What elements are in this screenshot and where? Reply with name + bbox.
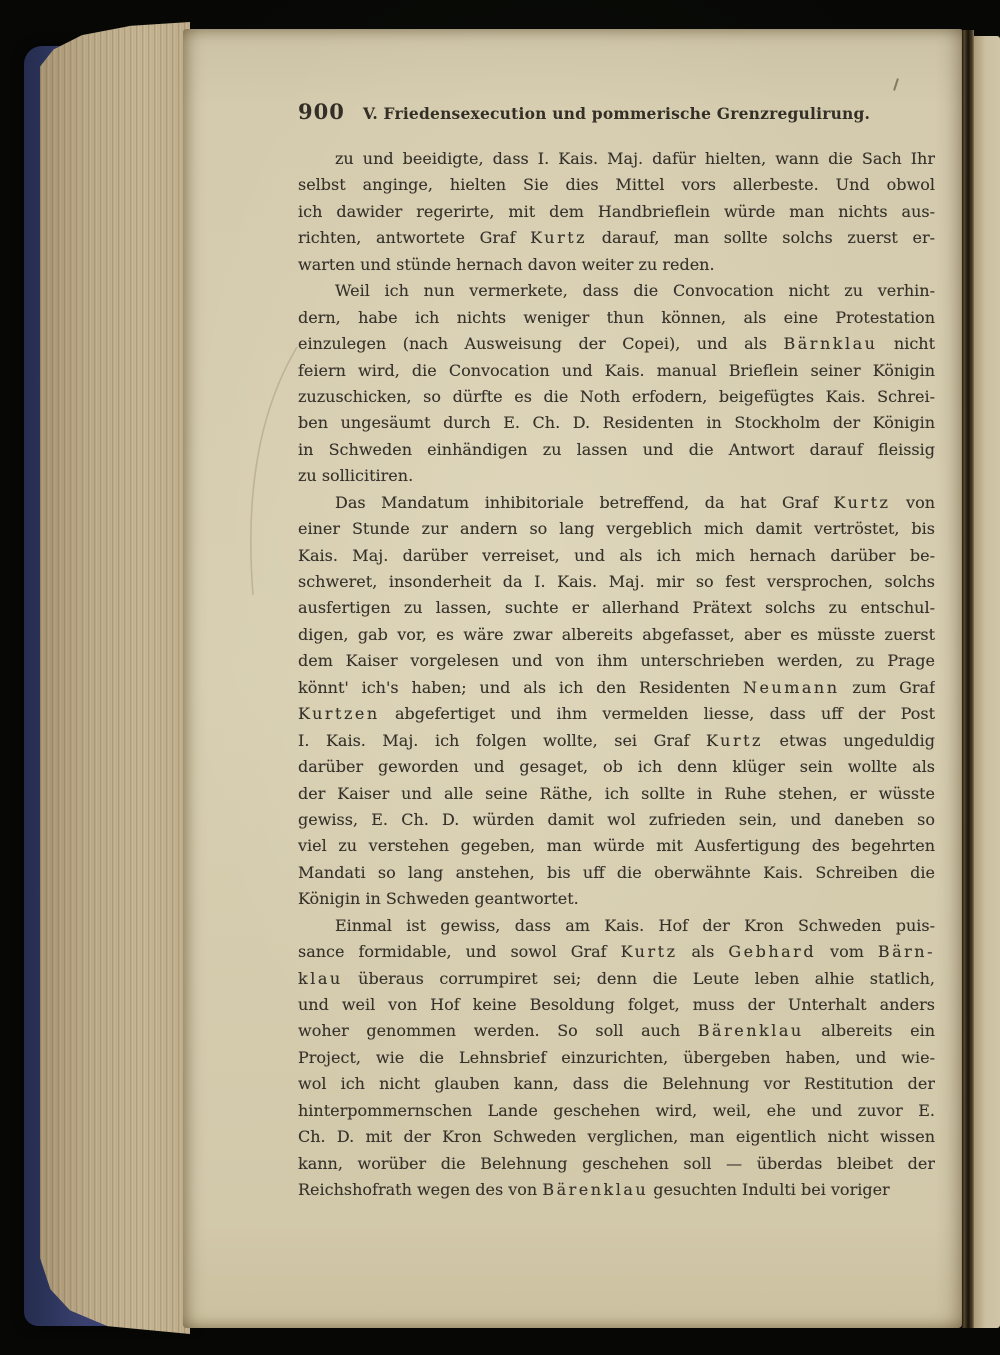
next-page-edge	[974, 36, 1000, 1328]
text-line: könnt' ich's haben; und als ich den Resi…	[298, 675, 935, 701]
text-line: feiern wird, die Convocation und Kais. m…	[298, 358, 935, 384]
spaced-name: Kurtz	[621, 942, 678, 961]
text-line: der Kaiser und alle seine Räthe, ich sol…	[298, 781, 935, 807]
text-line: gewiss, E. Ch. D. würden damit wol zufri…	[298, 807, 935, 833]
spaced-name: Kurtz	[706, 731, 763, 750]
spaced-name: Bärenklau	[698, 1021, 804, 1040]
text-line: viel zu verstehen gegeben, man würde mit…	[298, 833, 935, 859]
text-line: ich dawider regerirte, mit dem Handbrief…	[298, 199, 935, 225]
text-line: in Schweden einhändigen zu lassen und di…	[298, 437, 935, 463]
text-line: richten, antwortete Graf Kurtz darauf, m…	[298, 225, 935, 251]
text-line: ausfertigen zu lassen, suchte er allerha…	[298, 595, 935, 621]
stray-ink-mark	[893, 78, 899, 91]
running-title: V. Friedensexecution und pommerische Gre…	[298, 98, 935, 123]
text-line: zuzuschicken, so dürfte es die Noth erfo…	[298, 384, 935, 410]
text-block: zu und beeidigte, dass I. Kais. Maj. daf…	[298, 146, 935, 1204]
text-line: Kurtzen abgefertiget und ihm vermelden l…	[298, 701, 935, 727]
text-line: kann, worüber die Belehnung geschehen so…	[298, 1151, 935, 1177]
pencil-smudge	[241, 345, 303, 597]
text-line: einer Stunde zur andern so lang vergebli…	[298, 516, 935, 542]
text-line: klau überaus corrumpiret sei; denn die L…	[298, 966, 935, 992]
book-photo: 900 V. Friedensexecution und pommerische…	[0, 0, 1000, 1355]
text-line: einzulegen (nach Ausweisung der Copei), …	[298, 331, 935, 357]
text-line: Ch. D. mit der Kron Schweden verglichen,…	[298, 1124, 935, 1150]
text-line: zu und beeidigte, dass I. Kais. Maj. daf…	[298, 146, 935, 172]
book-page: 900 V. Friedensexecution und pommerische…	[183, 29, 962, 1328]
text-line: I. Kais. Maj. ich folgen wollte, sei Gra…	[298, 728, 935, 754]
text-line: Weil ich nun vermerkete, dass die Convoc…	[298, 278, 935, 304]
page-stack-edge	[40, 22, 190, 1334]
spaced-name: Kurtz	[834, 493, 891, 512]
text-line: Reichshofrath wegen des von Bärenklau ge…	[298, 1177, 935, 1203]
text-line: hinterpommernschen Lande geschehen wird,…	[298, 1098, 935, 1124]
text-line: Königin in Schweden geantwortet.	[298, 886, 935, 912]
spaced-name: Bärenklau	[542, 1180, 648, 1199]
text-line: woher genommen werden. So soll auch Bäre…	[298, 1018, 935, 1044]
text-line: und weil von Hof keine Besoldung folget,…	[298, 992, 935, 1018]
text-line: selbst anginge, hielten Sie dies Mittel …	[298, 172, 935, 198]
text-line: zu sollicitiren.	[298, 463, 935, 489]
spaced-name: Gebhard	[728, 942, 816, 961]
text-line: digen, gab vor, es wäre zwar albereits a…	[298, 622, 935, 648]
text-line: sance formidable, und sowol Graf Kurtz a…	[298, 939, 935, 965]
text-line: dem Kaiser vorgelesen und von ihm unters…	[298, 648, 935, 674]
text-line: wol ich nicht glauben kann, dass die Bel…	[298, 1071, 935, 1097]
spaced-name: Bärn-	[878, 942, 935, 961]
text-line: warten und stünde hernach davon weiter z…	[298, 252, 935, 278]
text-line: Mandati so lang anstehen, bis uff die ob…	[298, 860, 935, 886]
spaced-name: Kurtzen	[298, 704, 380, 723]
text-line: dern, habe ich nichts weniger thun könne…	[298, 305, 935, 331]
page-header: 900 V. Friedensexecution und pommerische…	[298, 98, 935, 132]
spaced-name: Bärnklau	[784, 334, 878, 353]
text-line: Das Mandatum inhibitoriale betreffend, d…	[298, 490, 935, 516]
page-gutter	[961, 30, 974, 1328]
text-line: Einmal ist gewiss, dass am Kais. Hof der…	[298, 913, 935, 939]
spaced-name: Kurtz	[530, 228, 587, 247]
spaced-name: Neumann	[743, 678, 840, 697]
text-line: ben ungesäumt durch E. Ch. D. Residenten…	[298, 410, 935, 436]
spaced-name: klau	[298, 969, 343, 988]
text-line: schweret, insonderheit da I. Kais. Maj. …	[298, 569, 935, 595]
page-number: 900	[298, 99, 345, 124]
text-line: Kais. Maj. darüber verreiset, und als ic…	[298, 543, 935, 569]
text-line: darüber geworden und gesaget, ob ich den…	[298, 754, 935, 780]
text-line: Project, wie die Lehnsbrief einzurichten…	[298, 1045, 935, 1071]
